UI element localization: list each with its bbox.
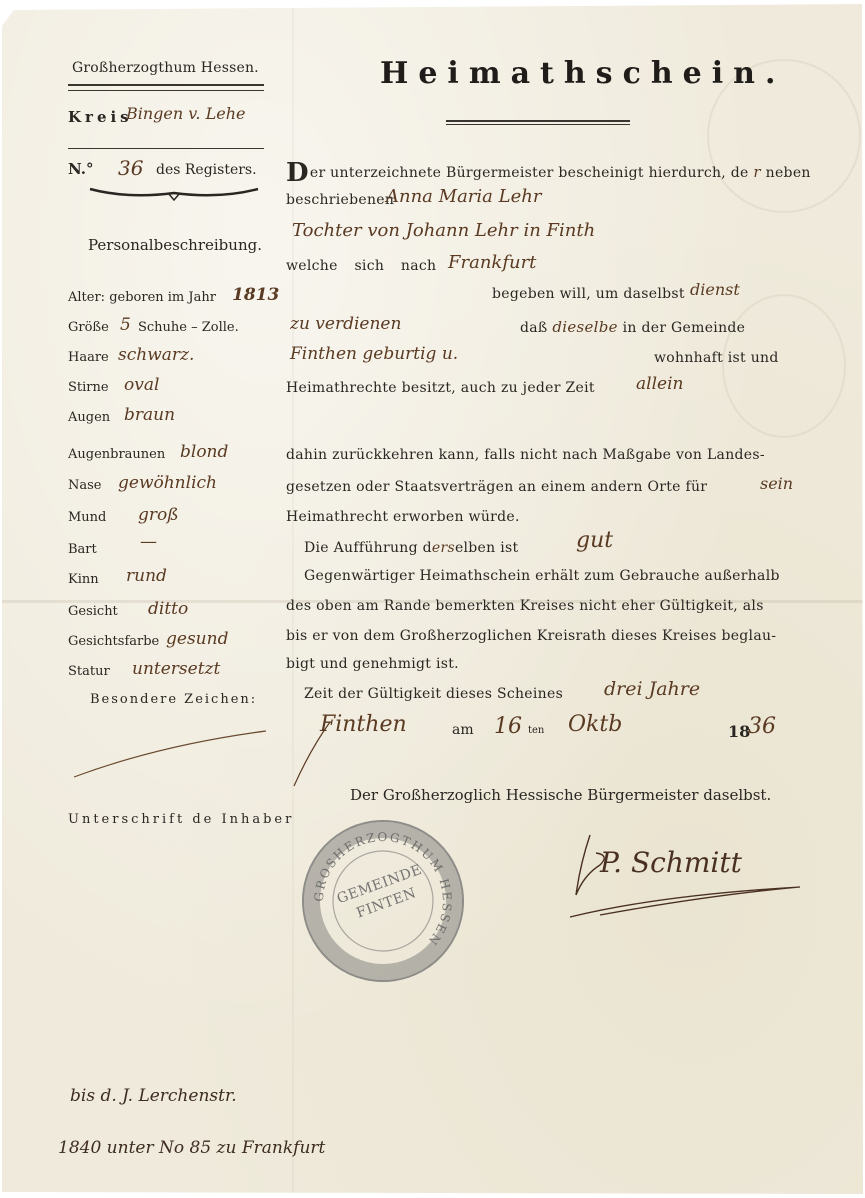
field-value-stature: untersetzt	[132, 659, 220, 679]
field-label-hair: Haare	[68, 350, 109, 365]
handwritten-insert: dieselbe	[552, 318, 618, 336]
register-number: 36	[118, 156, 143, 180]
dropcap: D	[286, 158, 309, 188]
register-prefix: N.°	[68, 160, 93, 178]
special-marks-stroke	[70, 725, 270, 785]
kreis-value: Bingen v. Lehe	[126, 104, 245, 123]
holder-name: Anna Maria Lehr	[386, 186, 541, 207]
embossed-seal-ghost	[722, 294, 846, 438]
field-value-beard: —	[140, 532, 157, 552]
date-am: am	[452, 722, 474, 738]
date-year-prefix: 18	[728, 722, 750, 741]
paragraph-3-line-2: des oben am Rande bemerkten Kreises nich…	[286, 598, 764, 614]
date-ten: ten	[528, 725, 544, 736]
paragraph-3-line-4: bigt und genehmigt ist.	[286, 656, 459, 672]
mayor-signature: P. Schmitt	[600, 846, 742, 879]
handwritten-insert: r	[753, 163, 760, 181]
place-flourish	[290, 720, 350, 790]
kreis-underline	[68, 148, 264, 149]
mayor-title: Der Großherzoglich Hessische Bürgermeist…	[350, 786, 771, 804]
footnote-1: bis d. J. Lerchenstr.	[70, 1086, 237, 1106]
field-value-chin: rund	[126, 566, 167, 586]
handwritten-insert: ers	[432, 540, 455, 556]
holder-parentage: Tochter von Johann Lehr in Finth	[292, 220, 595, 241]
paragraph-2-line-3: Heimathrecht erworben würde.	[286, 509, 520, 525]
field-height-suffix: Schuhe – Zolle.	[138, 320, 239, 335]
field-label-nose: Nase	[68, 478, 102, 493]
validity-value: drei Jahre	[604, 678, 700, 700]
destination: Frankfurt	[448, 252, 536, 273]
paragraph-1-line-4: welche sich nach	[286, 258, 436, 274]
field-label-complexion: Gesichtsfarbe	[68, 634, 159, 649]
field-label-age: Alter: geboren im Jahr	[68, 290, 216, 305]
date-month: Oktb	[568, 712, 622, 737]
validity-label: Zeit der Gültigkeit dieses Scheines	[304, 686, 563, 702]
text: daß	[520, 320, 548, 336]
field-value-face: ditto	[148, 599, 188, 619]
paragraph-3-line-1: Gegenwärtiger Heimathschein erhält zum G…	[304, 568, 780, 584]
field-label-stature: Statur	[68, 664, 110, 679]
field-label-eyebrows: Augenbraunen	[68, 447, 165, 462]
field-label-eyes: Augen	[68, 410, 110, 425]
text: er unterzeichnete Bürgermeister beschein…	[310, 165, 749, 181]
title-underline	[446, 120, 630, 125]
header-divider	[68, 84, 264, 91]
paragraph-1-line-8: Heimathrechte besitzt, auch zu jeder Zei…	[286, 380, 595, 396]
conduct-line: Die Aufführung derselben ist	[304, 540, 518, 556]
text: elben ist	[455, 540, 518, 556]
special-marks-label: Besondere Zeichen:	[90, 692, 257, 707]
field-value-nose: gewöhnlich	[118, 473, 217, 493]
field-value-eyebrows: blond	[180, 442, 228, 462]
paragraph-1-line-7: wohnhaft ist und	[654, 350, 779, 366]
conduct-value: gut	[576, 528, 613, 553]
field-value-complexion: gesund	[166, 629, 228, 649]
date-year-suffix: 36	[748, 714, 776, 739]
return-right: allein	[636, 374, 683, 394]
field-label-beard: Bart	[68, 542, 97, 557]
paragraph-3-line-3: bis er von dem Großherzoglichen Kreisrat…	[286, 628, 776, 644]
personal-heading: Personalbeschreibung.	[88, 236, 262, 254]
field-value-height: 5	[120, 315, 131, 335]
paragraph-2-insert: sein	[760, 474, 793, 493]
birthplace: Finthen geburtig u.	[290, 344, 458, 364]
field-label-face: Gesicht	[68, 604, 118, 619]
field-label-height: Größe	[68, 320, 109, 335]
paragraph-1-line-1: Der unterzeichnete Bürgermeister beschei…	[286, 160, 811, 186]
municipal-stamp: GROSHERZOGTHUM HESSEN GEMEINDE FINTEN	[292, 810, 475, 993]
field-value-forehead: oval	[124, 375, 159, 395]
kreis-label: Kreis	[68, 108, 133, 126]
paragraph-1-line-5: begeben will, um daselbst	[492, 286, 685, 302]
holder-signature-label: Unterschrift de Inhaber	[68, 812, 294, 827]
field-value-hair: schwarz.	[118, 345, 194, 365]
purpose: dienst	[690, 280, 740, 299]
decorative-brace	[88, 187, 260, 201]
footnote-2: 1840 unter No 85 zu Frankfurt	[58, 1138, 325, 1158]
text: Die Aufführung d	[304, 540, 432, 556]
field-label-chin: Kinn	[68, 572, 99, 587]
purpose-continued: zu verdienen	[290, 314, 401, 334]
field-label-mouth: Mund	[68, 510, 106, 525]
paragraph-1-line-2: beschriebenen	[286, 192, 394, 208]
field-value-mouth: groß	[138, 505, 179, 525]
paragraph-2-line-1: dahin zurückkehren kann, falls nicht nac…	[286, 447, 765, 463]
paragraph-2-line-2: gesetzen oder Staatsverträgen an einem a…	[286, 479, 707, 495]
paragraph-1-line-6: daß dieselbe in der Gemeinde	[520, 318, 745, 336]
field-label-forehead: Stirne	[68, 380, 109, 395]
state-header: Großherzogthum Hessen.	[72, 60, 259, 76]
date-day: 16	[494, 714, 522, 739]
document-title: Heimathschein.	[380, 56, 785, 91]
field-value-eyes: braun	[124, 405, 175, 425]
text: neben	[766, 165, 811, 181]
field-value-age: 1813	[232, 285, 279, 305]
register-suffix: des Registers.	[156, 162, 257, 178]
text: in der Gemeinde	[623, 320, 746, 336]
